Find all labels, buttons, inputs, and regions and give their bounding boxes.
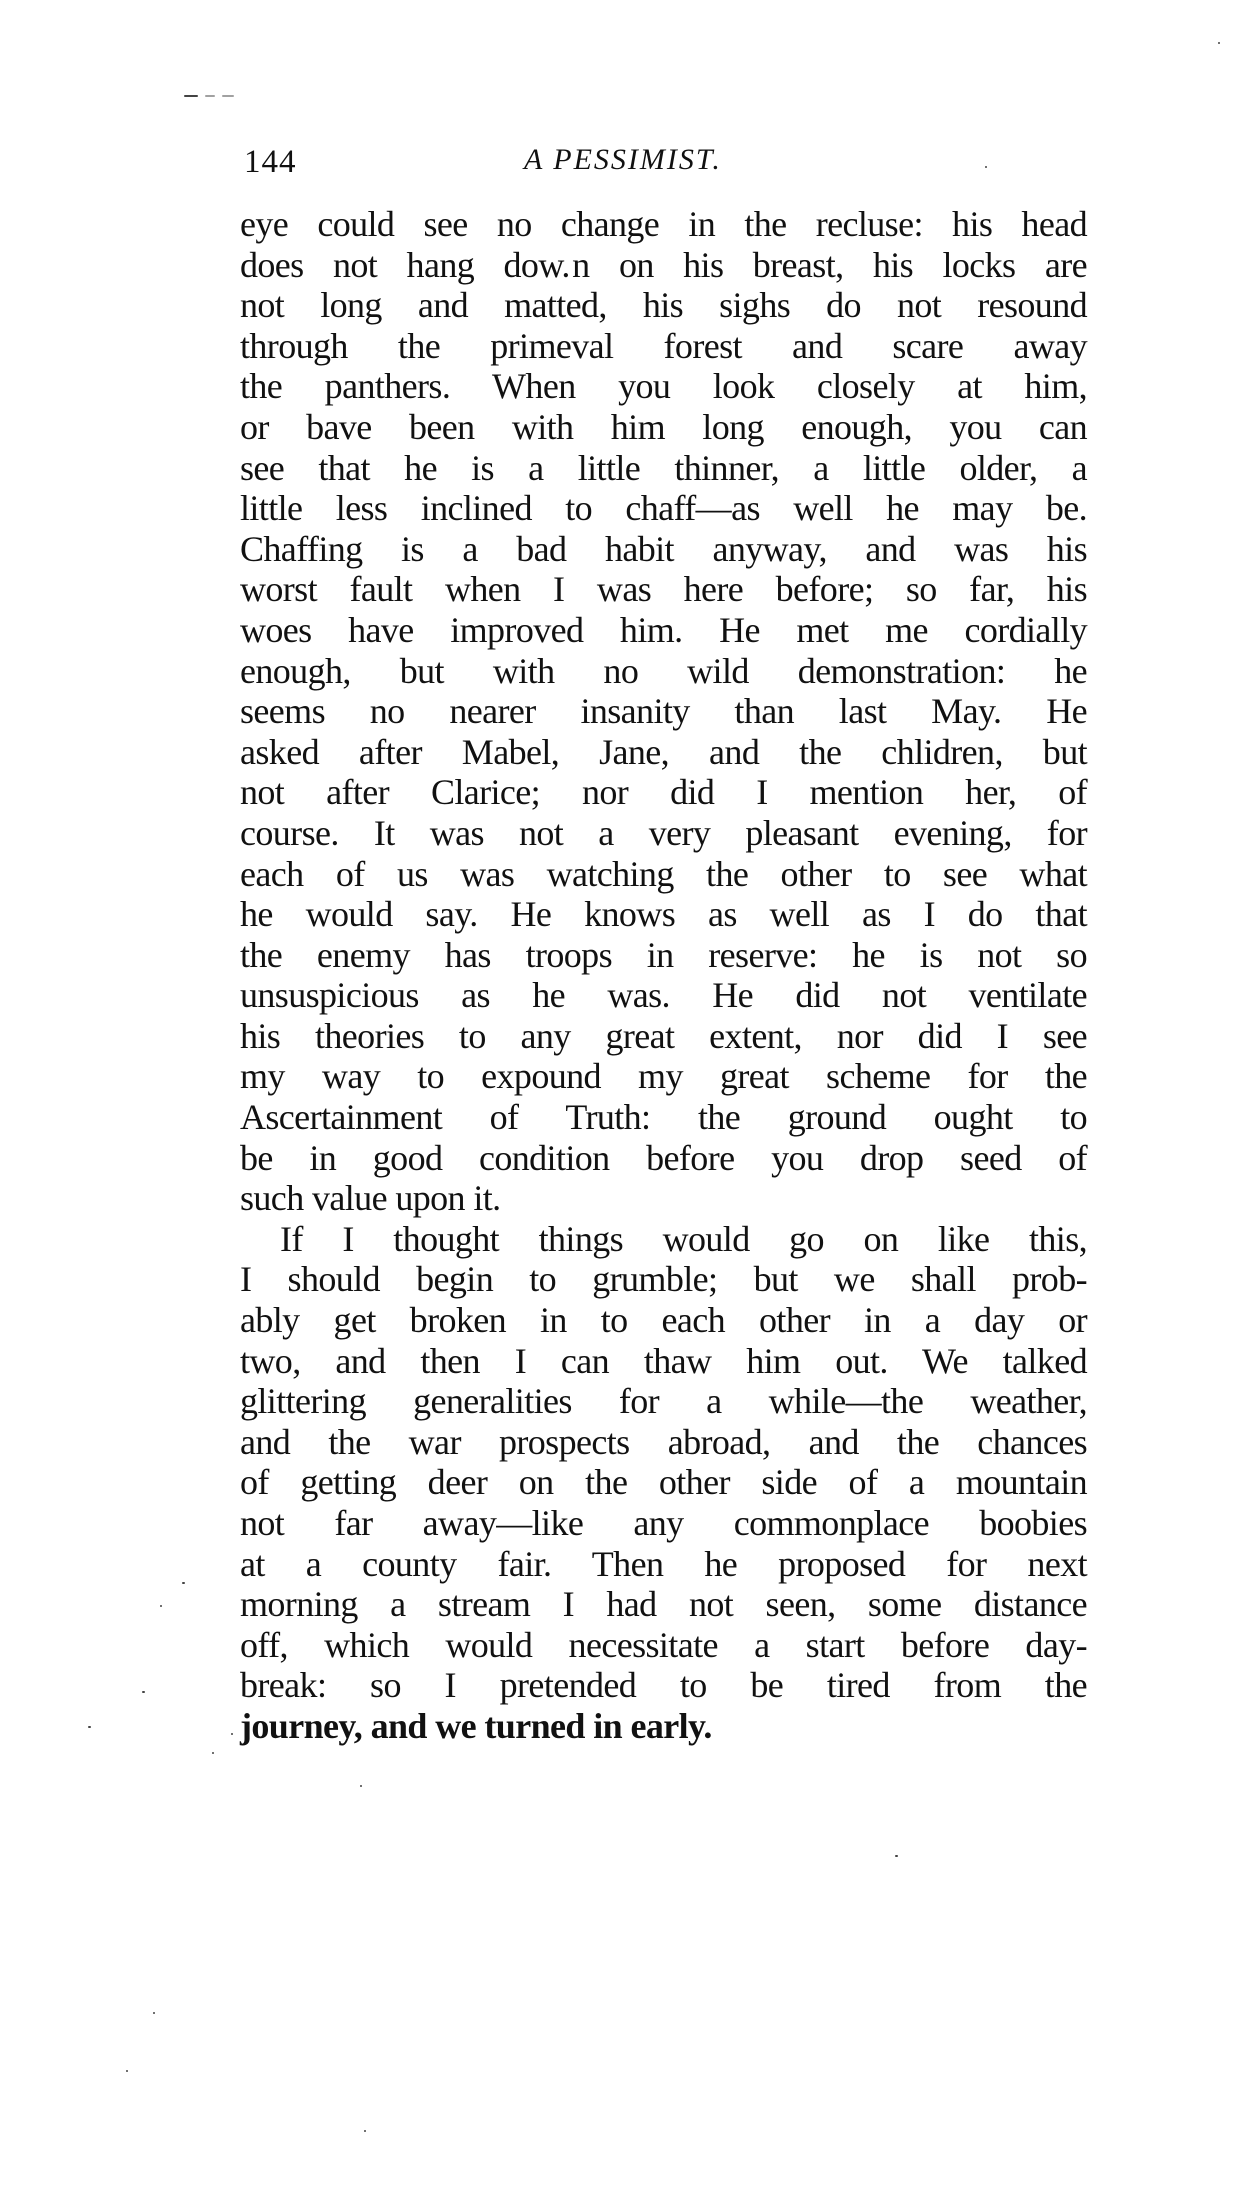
text-line: break: so I pretended to be tired from t…	[240, 1665, 1087, 1706]
text-line: of getting deer on the other side of a m…	[240, 1462, 1087, 1503]
text-line: each of us was watching the other to see…	[240, 854, 1087, 895]
text-line: enough, but with no wild demonstration: …	[240, 651, 1087, 692]
text-line: he would say. He knows as well as I do t…	[240, 894, 1087, 935]
scan-speck	[153, 2012, 155, 2014]
text-line: through the primeval forest and scare aw…	[240, 326, 1087, 367]
scan-speck	[184, 95, 198, 97]
text-line: not far away—like any commonplace boobie…	[240, 1503, 1087, 1544]
text-line: glittering generalities for a while—the …	[240, 1381, 1087, 1422]
text-line: morning a stream I had not seen, some di…	[240, 1584, 1087, 1625]
text-line: my way to expound my great scheme for th…	[240, 1056, 1087, 1097]
scan-speck	[364, 2130, 366, 2132]
text-line: his theories to any great extent, nor di…	[240, 1016, 1087, 1057]
scan-speck	[231, 1733, 233, 1735]
text-line: be in good condition before you drop see…	[240, 1138, 1087, 1179]
scan-speck	[205, 95, 215, 97]
running-head: 144 A PESSIMIST.	[240, 140, 1087, 184]
text-line: worst fault when I was here before; so f…	[240, 569, 1087, 610]
text-line: off, which would necessitate a start bef…	[240, 1625, 1087, 1666]
scan-speck	[142, 1691, 145, 1693]
scan-speck	[1218, 42, 1220, 44]
page-number: 144	[244, 142, 297, 182]
book-page: 144 A PESSIMIST. eye could see no change…	[0, 0, 1237, 2187]
scan-speck	[212, 1752, 214, 1754]
text-line: see that he is a little thinner, a littl…	[240, 448, 1087, 489]
scan-speck	[895, 1855, 898, 1857]
scan-speck	[985, 166, 987, 168]
scan-speck	[160, 1605, 162, 1607]
text-line: If I thought things would go on like thi…	[240, 1219, 1087, 1260]
text-line: at a county fair. Then he proposed for n…	[240, 1544, 1087, 1585]
text-line: woes have improved him. He met me cordia…	[240, 610, 1087, 651]
text-line: seems no nearer insanity than last May. …	[240, 691, 1087, 732]
text-line: Chaffing is a bad habit anyway, and was …	[240, 529, 1087, 570]
body-text: eye could see no change in the recluse: …	[240, 204, 1087, 1747]
text-line: such value upon it.	[240, 1178, 1087, 1219]
text-line: two, and then I can thaw him out. We tal…	[240, 1341, 1087, 1382]
text-line: does not hang dow. n on his breast, his …	[240, 245, 1087, 286]
text-line: journey, and we turned in early.	[240, 1706, 1087, 1747]
scan-speck	[222, 95, 234, 97]
text-line: Ascertainment of Truth: the ground ought…	[240, 1097, 1087, 1138]
text-line: asked after Mabel, Jane, and the chlidre…	[240, 732, 1087, 773]
text-line: eye could see no change in the recluse: …	[240, 204, 1087, 245]
text-line: the panthers. When you look closely at h…	[240, 366, 1087, 407]
scan-speck	[272, 1613, 274, 1615]
text-line: course. It was not a very pleasant eveni…	[240, 813, 1087, 854]
text-line: not long and matted, his sighs do not re…	[240, 285, 1087, 326]
text-line: unsuspicious as he was. He did not venti…	[240, 975, 1087, 1016]
scan-speck	[360, 1785, 362, 1787]
text-line: I should begin to grumble; but we shall …	[240, 1259, 1087, 1300]
text-line: and the war prospects abroad, and the ch…	[240, 1422, 1087, 1463]
scan-speck	[88, 1726, 91, 1728]
text-line: ably get broken in to each other in a da…	[240, 1300, 1087, 1341]
text-line: or bave been with him long enough, you c…	[240, 407, 1087, 448]
scan-speck	[182, 1582, 185, 1584]
paragraph-2: If I thought things would go on like thi…	[240, 1219, 1087, 1747]
text-line: not after Clarice; nor did I mention her…	[240, 772, 1087, 813]
paragraph-1: eye could see no change in the recluse: …	[240, 204, 1087, 1219]
text-line: little less inclined to chaff—as well he…	[240, 488, 1087, 529]
scan-speck	[126, 2070, 128, 2072]
running-title: A PESSIMIST.	[524, 140, 722, 180]
text-line: the enemy has troops in reserve: he is n…	[240, 935, 1087, 976]
